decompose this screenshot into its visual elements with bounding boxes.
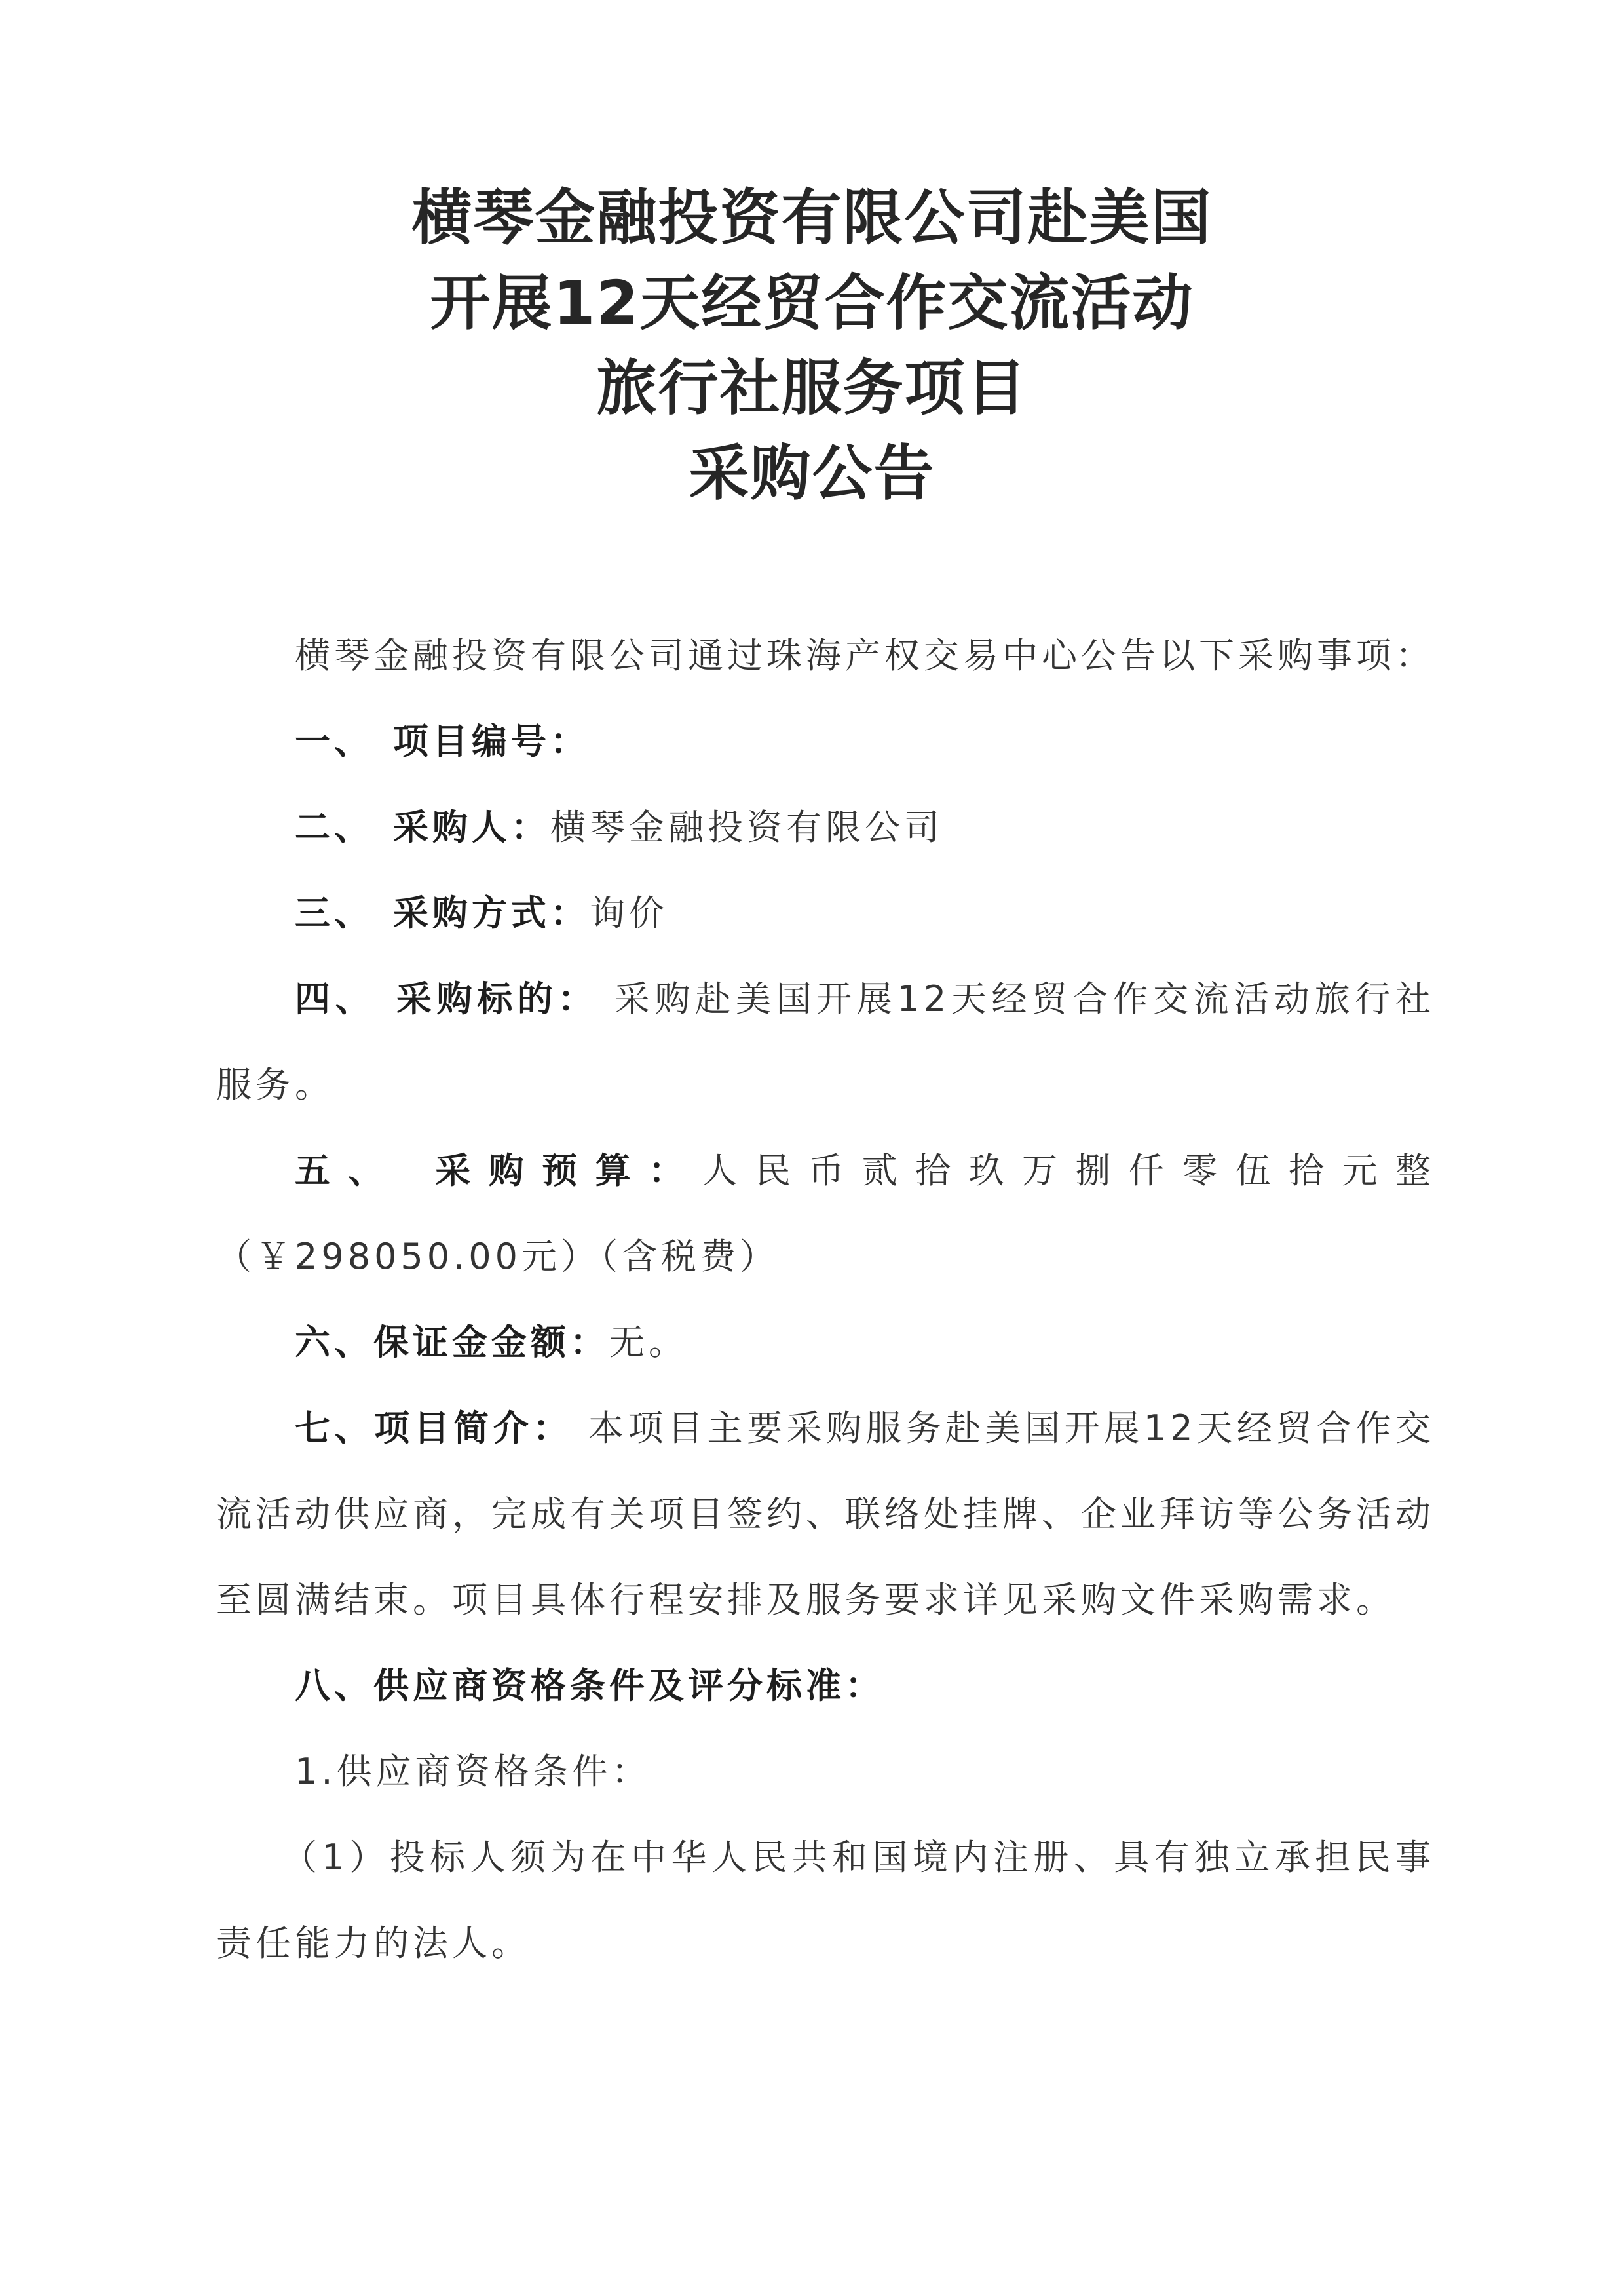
section-purchaser: 二、采购人：横琴金融投资有限公司	[216, 784, 1435, 870]
section-deposit: 六、保证金金额：无。	[216, 1299, 1435, 1385]
section-number: 三、	[295, 892, 373, 934]
section-project-summary: 七、项目简介： 本项目主要采购服务赴美国开展12天经贸合作交流活动供应商，完成有…	[216, 1385, 1435, 1643]
section-procurement-subject: 四、采购标的： 采购赴美国开展12天经贸合作交流活动旅行社服务。	[216, 956, 1435, 1128]
title-line-3: 旅行社服务项目	[0, 346, 1624, 431]
section-number: 四、	[295, 978, 375, 1020]
section-project-number: 一、项目编号：	[216, 698, 1435, 784]
title-line-2: 开展12天经贸合作交流活动	[0, 261, 1624, 346]
document-title: 横琴金融投资有限公司赴美国 开展12天经贸合作交流活动 旅行社服务项目 采购公告	[0, 176, 1624, 516]
section-supplier-qualifications: 八、供应商资格条件及评分标准：	[216, 1643, 1435, 1729]
section-number: 七、	[295, 1407, 374, 1449]
section-value: 询价	[590, 892, 668, 934]
qualification-item-1: （1）投标人须为在中华人民共和国境内注册、具有独立承担民事责任能力的法人。	[216, 1814, 1435, 1986]
section-number: 一、	[295, 721, 373, 762]
section-label: 采购方式：	[393, 892, 590, 934]
section-value: 无。	[609, 1322, 688, 1363]
section-label: 项目编号：	[393, 721, 590, 762]
section-procurement-method: 三、采购方式：询价	[216, 870, 1435, 956]
section-number: 八、	[295, 1665, 373, 1706]
section-number: 五、	[295, 1150, 402, 1191]
title-line-4: 采购公告	[0, 431, 1624, 516]
section-value: 横琴金融投资有限公司	[550, 807, 943, 848]
intro-paragraph: 横琴金融投资有限公司通过珠海产权交易中心公告以下采购事项：	[216, 613, 1435, 698]
section-label: 保证金金额：	[373, 1322, 609, 1363]
section-number: 六、	[295, 1322, 373, 1363]
document-body: 横琴金融投资有限公司通过珠海产权交易中心公告以下采购事项： 一、项目编号： 二、…	[216, 613, 1435, 1986]
section-number: 二、	[295, 807, 373, 848]
qualifications-heading: 1.供应商资格条件：	[216, 1729, 1435, 1814]
section-label: 采购标的：	[395, 978, 598, 1020]
section-label: 项目简介：	[374, 1407, 573, 1449]
section-label: 采购人：	[393, 807, 550, 848]
section-budget: 五、采购预算：人民币贰拾玖万捌仟零伍拾元整（￥298050.00元）（含税费）	[216, 1128, 1435, 1299]
section-label: 供应商资格条件及评分标准：	[373, 1665, 884, 1706]
section-label: 采购预算：	[421, 1150, 702, 1191]
title-line-1: 横琴金融投资有限公司赴美国	[0, 176, 1624, 261]
